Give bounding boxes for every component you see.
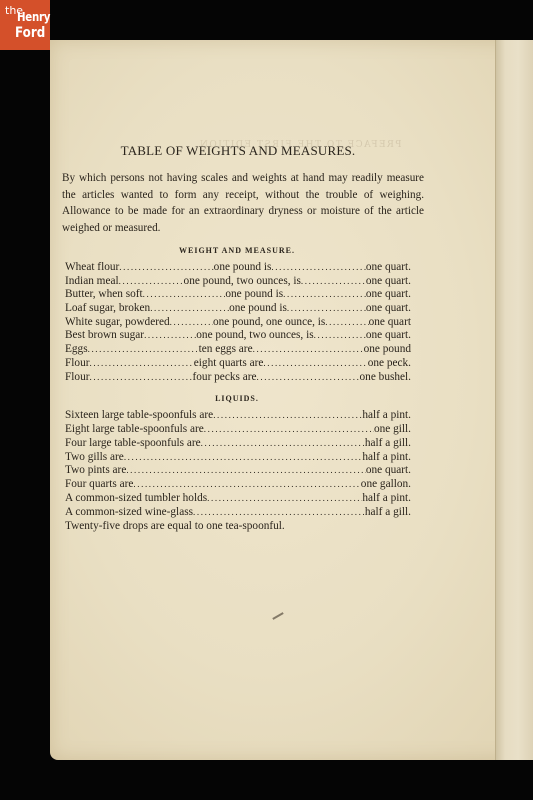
row-measure: ten eggs are <box>199 343 253 355</box>
dot-leader <box>207 494 362 503</box>
row-result: one quart. <box>366 329 411 341</box>
row-result: one peck. <box>368 357 411 369</box>
dot-leader <box>263 359 367 368</box>
table-row: Loaf sugar, brokenone pound isone quart. <box>65 302 411 316</box>
table-row: Indian mealone pound, two ounces, isone … <box>65 275 411 289</box>
row-measure: eight quarts are <box>194 357 264 369</box>
dot-leader <box>193 508 365 517</box>
dot-leader <box>89 373 192 382</box>
table-row: Wheat flourone pound isone quart. <box>65 261 411 275</box>
row-result: one quart. <box>366 302 411 314</box>
row-measure: four pecks are <box>193 371 257 383</box>
dot-leader <box>201 439 365 448</box>
logo-text-henry: Henry <box>17 11 50 23</box>
dot-leader <box>143 290 226 299</box>
table-row: Butter, when softone pound isone quart. <box>65 288 411 302</box>
dot-leader <box>170 318 213 327</box>
row-result: half a gill. <box>365 437 411 449</box>
table-row: Eggsten eggs areone pound <box>65 343 411 357</box>
row-result: one quart. <box>366 275 411 287</box>
section-heading-liquids: LIQUIDS. <box>62 394 412 403</box>
table-row: Best brown sugarone pound, two ounces, i… <box>65 329 411 343</box>
intro-paragraph: By which persons not having scales and w… <box>62 170 424 236</box>
row-item: Butter, when soft <box>65 288 143 300</box>
row-item: White sugar, powdered <box>65 316 170 328</box>
row-item: Best brown sugar <box>65 329 144 341</box>
dot-leader <box>119 277 184 286</box>
dot-leader <box>150 304 229 313</box>
row-item: Loaf sugar, broken <box>65 302 150 314</box>
section-heading-weight: WEIGHT AND MEASURE. <box>62 246 412 255</box>
row-item: Indian meal <box>65 275 119 287</box>
row-result: one gill. <box>374 423 411 435</box>
dot-leader <box>287 304 366 313</box>
page-title: TABLE OF WEIGHTS AND MEASURES. <box>64 143 412 159</box>
dot-leader <box>119 263 213 272</box>
row-item: A common-sized wine-glass <box>65 506 193 518</box>
row-result: one pound <box>364 343 411 355</box>
row-measure: one pound, two ounces, is <box>184 275 301 287</box>
row-result: half a gill. <box>365 506 411 518</box>
row-result: one gallon. <box>361 478 411 490</box>
dot-leader <box>271 263 365 272</box>
ink-mark <box>272 612 283 620</box>
dot-leader <box>204 425 374 434</box>
row-result: one quart. <box>366 288 411 300</box>
row-item: Flour <box>65 371 89 383</box>
row-item: Two gills are <box>65 451 124 463</box>
dot-leader <box>133 480 360 489</box>
row-measure: one pound is <box>229 302 287 314</box>
row-item: Eggs <box>65 343 88 355</box>
dot-leader <box>124 453 363 462</box>
row-item: Four quarts are <box>65 478 133 490</box>
table-row: Two pints areone quart. <box>65 464 411 478</box>
dot-leader <box>301 277 366 286</box>
table-row: Eight large table-spoonfuls areone gill. <box>65 423 411 437</box>
row-item: Wheat flour <box>65 261 119 273</box>
weight-table: Wheat flourone pound isone quart. Indian… <box>62 261 412 384</box>
dot-leader <box>88 345 199 354</box>
dot-leader <box>257 373 360 382</box>
row-measure: one pound, two ounces, is <box>196 329 313 341</box>
row-result: one quart. <box>366 261 411 273</box>
row-result: one quart. <box>366 464 411 476</box>
henry-ford-logo: the Henry Ford <box>0 0 50 50</box>
logo-text-ford: Ford <box>15 26 45 40</box>
table-row: A common-sized tumbler holdshalf a pint. <box>65 492 411 506</box>
row-measure: one pound is <box>214 261 272 273</box>
row-item: A common-sized tumbler holds <box>65 492 207 504</box>
dot-leader <box>89 359 193 368</box>
dot-leader <box>126 466 366 475</box>
dot-leader <box>144 331 196 340</box>
dot-leader <box>314 331 366 340</box>
row-item: Four large table-spoonfuls are <box>65 437 201 449</box>
row-result: half a pint. <box>362 451 411 463</box>
page-fold <box>495 40 533 760</box>
row-result: one bushel. <box>360 371 411 383</box>
dot-leader <box>283 290 366 299</box>
table-row: Floureight quarts areone peck. <box>65 357 411 371</box>
row-item: Flour <box>65 357 89 369</box>
row-result: half a pint. <box>362 409 411 421</box>
row-measure: one pound, one ounce, is <box>213 316 325 328</box>
row-item: Eight large table-spoonfuls are <box>65 423 204 435</box>
table-row: Four large table-spoonfuls arehalf a gil… <box>65 437 411 451</box>
page-content: TABLE OF WEIGHTS AND MEASURES. By which … <box>62 143 412 533</box>
table-row: A common-sized wine-glasshalf a gill. <box>65 506 411 520</box>
table-row: White sugar, powderedone pound, one ounc… <box>65 316 411 330</box>
table-row: Sixteen large table-spoonfuls arehalf a … <box>65 409 411 423</box>
table-row: Flourfour pecks areone bushel. <box>65 371 411 385</box>
dot-leader <box>253 345 364 354</box>
table-row: Four quarts areone gallon. <box>65 478 411 492</box>
row-item: Two pints are <box>65 464 126 476</box>
row-item: Sixteen large table-spoonfuls are <box>65 409 213 421</box>
row-measure: one pound is <box>225 288 283 300</box>
row-result: one quart <box>369 316 411 328</box>
footnote-row: Twenty-five drops are equal to one tea-s… <box>65 520 411 534</box>
dot-leader <box>325 318 368 327</box>
row-result: half a pint. <box>362 492 411 504</box>
liquids-table: Sixteen large table-spoonfuls arehalf a … <box>62 409 412 533</box>
table-row: Two gills arehalf a pint. <box>65 451 411 465</box>
dot-leader <box>213 411 362 420</box>
